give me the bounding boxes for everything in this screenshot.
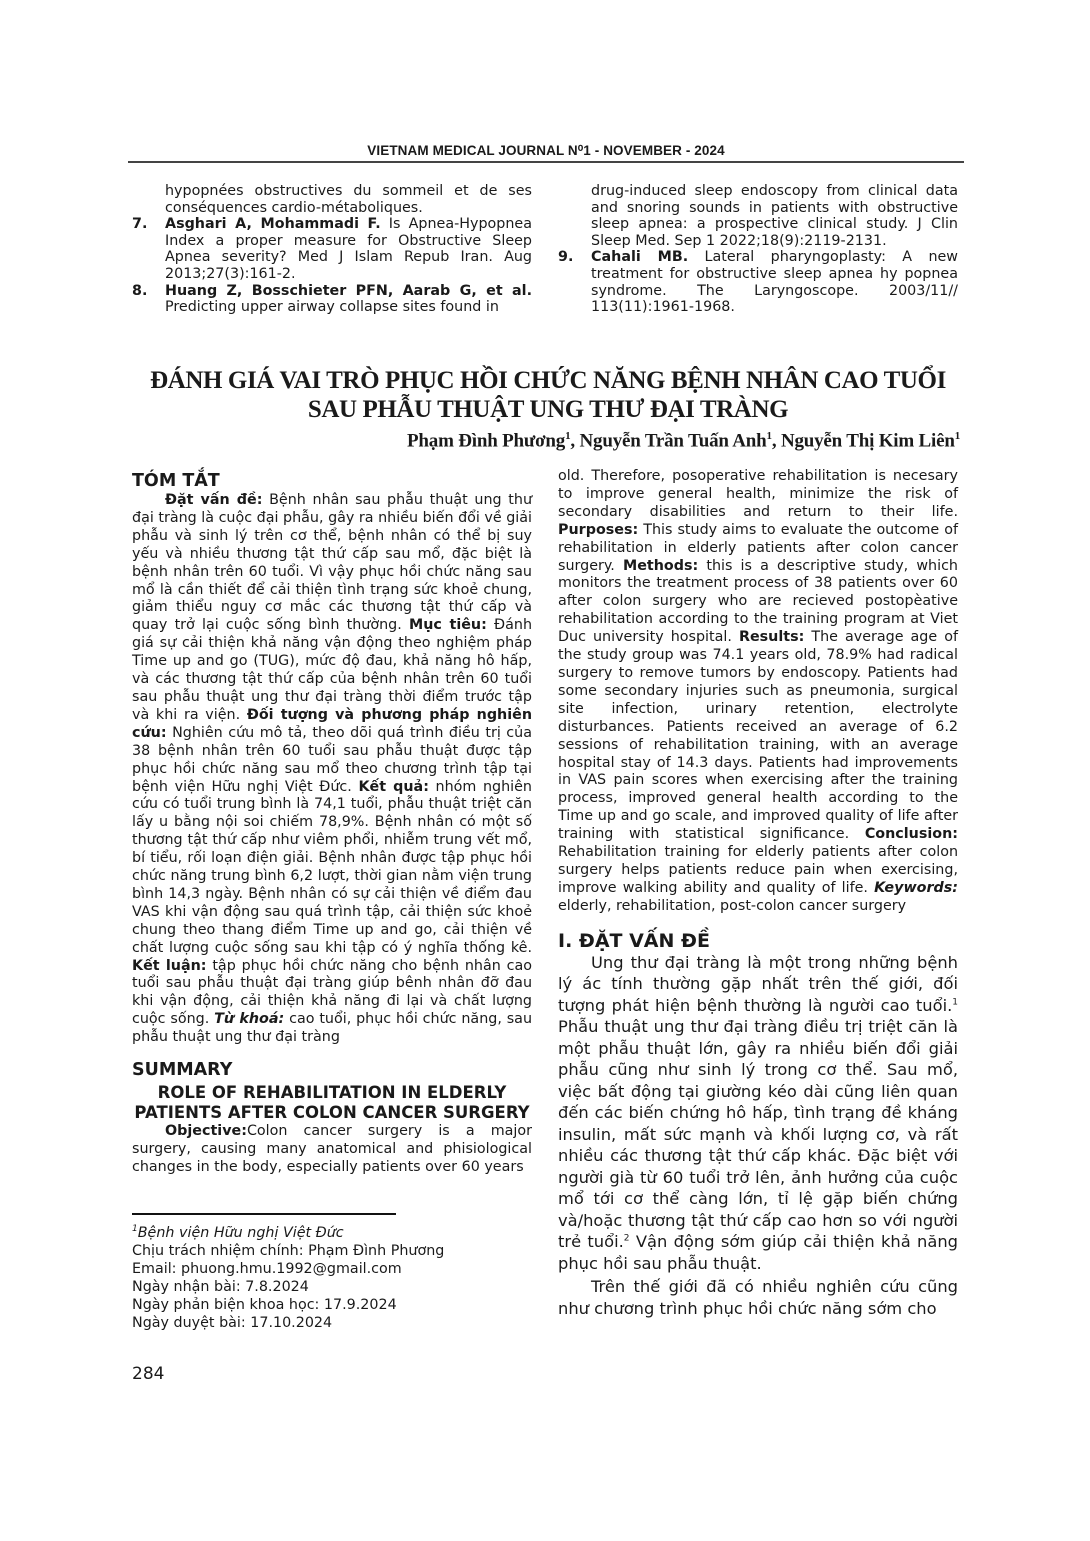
author-name: Phạm Đình Phương — [407, 430, 565, 451]
reference-number: 8. — [132, 283, 147, 300]
summary-body-part1: Objective:Colon cancer surgery is a majo… — [132, 1123, 532, 1177]
text-dat-van-de: Bệnh nhân sau phẫu thuật ung thư đại trà… — [132, 492, 532, 633]
corresponding-author: Chịu trách nhiệm chính: Phạm Đình Phương — [132, 1242, 532, 1260]
text-keywords: elderly, rehabilitation, post-colon canc… — [558, 898, 906, 914]
references-left: hypopnées obstructives du sommeil et de … — [132, 183, 532, 316]
page-number: 284 — [132, 1364, 164, 1384]
p1-text-b: Phẫu thuật ung thư đại tràng điều trị tr… — [558, 1017, 958, 1251]
label-results: Results: — [739, 629, 804, 645]
reference-authors: Cahali MB. — [591, 249, 688, 265]
reference-text: Predicting upper airway collapse sites f… — [165, 299, 499, 315]
label-tu-khoa: Từ khoá: — [214, 1011, 284, 1027]
summary-title: ROLE OF REHABILITATION IN ELDERLY PATIEN… — [132, 1083, 532, 1123]
references-right: drug-induced sleep endoscopy from clinic… — [558, 183, 958, 316]
reference-item: 7.Asghari A, Mohammadi F. Is Apnea-Hypop… — [132, 216, 532, 282]
author-name: Nguyễn Thị Kim Liên — [781, 430, 955, 451]
section-1-paragraph-1: Ung thư đại tràng là một trong những bện… — [558, 952, 958, 1275]
affiliation-text: Bệnh viện Hữu nghị Việt Đức — [138, 1225, 344, 1241]
email: Email: phuong.hmu.1992@gmail.com — [132, 1260, 532, 1278]
reference-number: 7. — [132, 216, 147, 233]
citation-1: 1 — [952, 997, 958, 1007]
article-title: ĐÁNH GIÁ VAI TRÒ PHỤC HỒI CHỨC NĂNG BỆNH… — [130, 366, 966, 424]
label-dat-van-de: Đặt vấn đề: — [165, 492, 262, 508]
footnote-divider — [132, 1213, 396, 1215]
reference-item: 9.Cahali MB. Lateral pharyngoplasty: A n… — [558, 249, 958, 315]
label-conclusion: Conclusion: — [865, 826, 958, 842]
reference-continuation: hypopnées obstructives du sommeil et de … — [132, 183, 532, 216]
section-1-heading: I. ĐẶT VẤN ĐỀ — [558, 930, 958, 952]
author-separator: , — [570, 430, 579, 451]
footnotes: 1Bệnh viện Hữu nghị Việt Đức Chịu trách … — [132, 1220, 532, 1332]
received-date: Ngày nhận bài: 7.8.2024 — [132, 1278, 532, 1296]
affiliation: 1Bệnh viện Hữu nghị Việt Đức — [132, 1220, 532, 1242]
reference-continuation: drug-induced sleep endoscopy from clinic… — [558, 183, 958, 249]
journal-header: VIETNAM MEDICAL JOURNAL N⁰1 - NOVEMBER -… — [128, 143, 964, 159]
author-list: Phạm Đình Phương1, Nguyễn Trần Tuấn Anh1… — [407, 430, 960, 452]
label-purposes: Purposes: — [558, 522, 638, 538]
text-ket-qua: nhóm nghiên cứu có tuổi trung bình là 74… — [132, 779, 532, 956]
label-ket-luan: Kết luận: — [132, 958, 207, 974]
reference-item: 8.Huang Z, Bosschieter PFN, Aarab G, et … — [132, 283, 532, 316]
right-column: old. Therefore, posoperative rehabilitat… — [558, 468, 958, 1319]
left-column: TÓM TẮT Đặt vấn đề: Bệnh nhân sau phẫu t… — [132, 470, 532, 1177]
label-methods: Methods: — [623, 558, 698, 574]
reference-authors: Asghari A, Mohammadi F. — [165, 216, 381, 232]
text-results: The average age of the study group was 7… — [558, 629, 958, 842]
review-date: Ngày phản biện khoa học: 17.9.2024 — [132, 1296, 532, 1314]
tom-tat-heading: TÓM TẮT — [132, 470, 532, 492]
reference-number: 9. — [558, 249, 573, 266]
summary-body-part2: old. Therefore, posoperative rehabilitat… — [558, 468, 958, 916]
author-affiliation: 1 — [955, 430, 960, 442]
author-separator: , — [772, 430, 781, 451]
reference-authors: Huang Z, Bosschieter PFN, Aarab G, et al… — [165, 283, 532, 299]
label-keywords: Keywords: — [874, 880, 958, 896]
text-objective-end: old. Therefore, posoperative rehabilitat… — [558, 468, 958, 520]
author-name: Nguyễn Trần Tuấn Anh — [580, 430, 767, 451]
article-title-line2: SAU PHẪU THUẬT UNG THƯ ĐẠI TRÀNG — [130, 395, 966, 424]
header-divider — [128, 161, 964, 163]
article-title-line1: ĐÁNH GIÁ VAI TRÒ PHỤC HỒI CHỨC NĂNG BỆNH… — [130, 366, 966, 395]
accepted-date: Ngày duyệt bài: 17.10.2024 — [132, 1314, 532, 1332]
p1-text-a: Ung thư đại tràng là một trong những bện… — [558, 953, 958, 1015]
tom-tat-body: Đặt vấn đề: Bệnh nhân sau phẫu thuật ung… — [132, 492, 532, 1047]
label-objective: Objective: — [165, 1123, 247, 1139]
section-1-paragraph-2: Trên thế giới đã có nhiều nghiên cứu cũn… — [558, 1276, 958, 1319]
label-muc-tieu: Mục tiêu: — [409, 617, 487, 633]
label-ket-qua: Kết quả: — [358, 779, 428, 795]
summary-heading: SUMMARY — [132, 1059, 532, 1081]
